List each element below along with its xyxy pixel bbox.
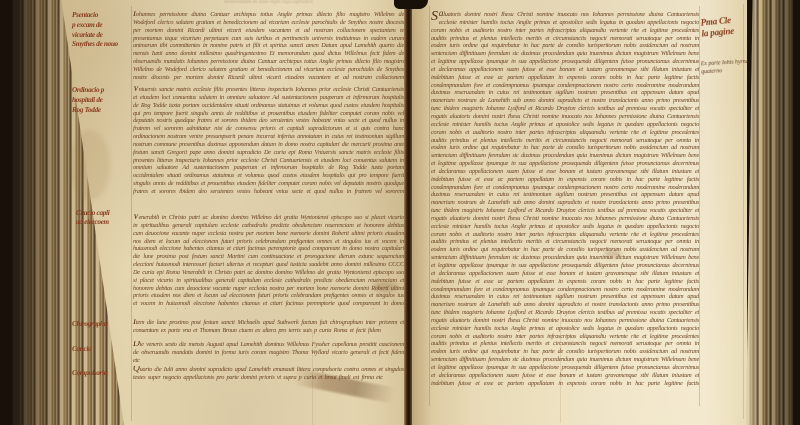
ghost-offset-text: memorandum de anno regni regis supradict… [224,0,354,8]
rubric-line: Psentacio [72,11,134,21]
manuscript-open-book-photo: Psentacio p excam de vicariate de Smythe… [0,0,800,425]
rubric-line: Caucio [72,345,134,355]
right-page-edges [746,0,793,425]
rubric-line: hospitali de [72,96,134,106]
cursive-margin-note: Ex parte Iohis hyrne quaterno [701,59,754,77]
marginal-rubric-chirographum: Chirographu [72,320,142,330]
manuscript-entry-1: Iohannes permissione diuina Cantuar arch… [133,11,404,83]
manuscript-right-page-text: Saluatoris domini nostri Ihesu Christi n… [431,11,699,388]
decorated-initial: S [431,11,438,22]
ruling-line [699,6,700,406]
marginal-rubric-presentacio: Psentacio p excam de vicariate de Smythe… [72,11,134,50]
right-page-body-text: aluatoris domini nostri Ihesu Christi no… [431,11,699,388]
parchment-stain [372,282,398,292]
marginal-rubric-ordinacio: Ordinacio p hospitali de Rog Todde [72,86,134,115]
marginal-rubric-citacio: Citacio capli ad eleccoem [76,209,138,227]
manuscript-entry-2: Vniuersis sancte matris ecclesie filiis … [133,86,404,196]
rubric-line: p excam de [72,21,134,31]
rubric-line: Compulsoriu [72,369,142,379]
rubric-line: Ordinacio p [72,86,134,96]
ruling-line [429,6,430,406]
marginal-rubric-compulsorium: Compulsoriu [72,369,142,379]
manuscript-entry-5: Die veneris sexto die mensis Augusti apu… [133,341,404,365]
rubric-line: vicariate de [72,31,134,41]
rubric-line: ad eleccoem [76,218,138,227]
manuscript-entry-4: Item die lune proximo post festum sancti… [133,319,404,335]
rubric-line: Chirographu [72,320,142,330]
rubric-line: Smythes de nouo [72,40,134,50]
parchment-stain [604,250,622,258]
rubric-line: Rog Todde [72,106,134,116]
parchment-stain [70,130,110,200]
book-gutter [404,0,412,425]
rubric-line: Citacio capli [76,209,138,218]
manuscript-entry-3: Venerabili in Christo patri ac domino do… [133,214,404,309]
gutter-top-shadow [394,0,428,9]
marginal-rubric-caucio: Caucio [72,345,134,355]
